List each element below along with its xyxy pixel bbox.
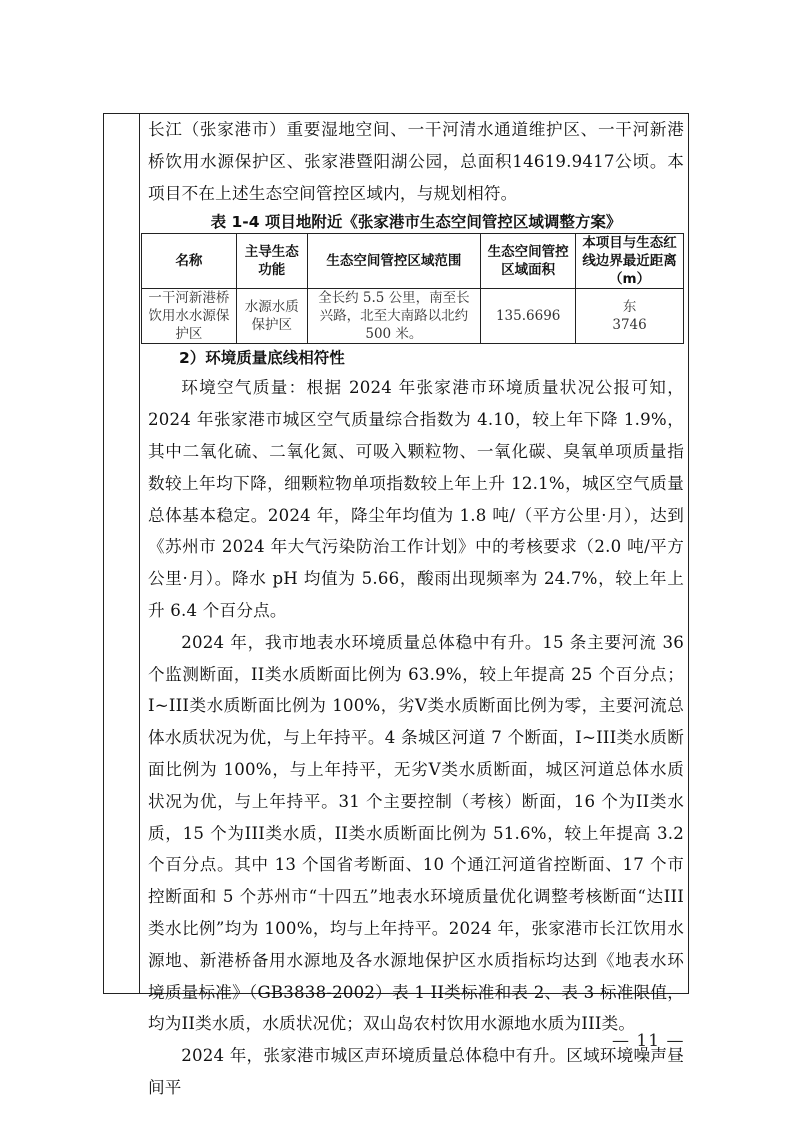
paragraph-air-quality: 环境空气质量：根据 2024 年张家港市环境质量状况公报可知，2024 年张家港… — [148, 372, 684, 626]
header-scope: 生态空间管控区域范围 — [307, 234, 481, 289]
intro-paragraph: 长江（张家港市）重要湿地空间、一干河清水通道维护区、一干河新港桥饮用水源保护区、… — [148, 114, 684, 209]
content-column: 长江（张家港市）重要湿地空间、一干河清水通道维护区、一干河新港桥饮用水源保护区、… — [148, 114, 684, 1104]
paragraph-surface-water: 2024 年，我市地表水环境质量总体稳中有升。15 条主要河流 36 个监测断面… — [148, 627, 684, 1040]
left-margin-column — [104, 114, 140, 993]
header-name: 名称 — [142, 234, 237, 289]
table-header-row: 名称 主导生态功能 生态空间管控区域范围 生态空间管控区域面积 本项目与生态红线… — [142, 234, 684, 289]
cell-function: 水源水质保护区 — [236, 289, 307, 344]
paragraph-acoustic: 2024 年，张家港市城区声环境质量总体稳中有升。区域环境噪声昼间平 — [148, 1040, 684, 1104]
cell-scope: 全长约 5.5 公里，南至长兴路，北至大南路以北约 500 米。 — [307, 289, 481, 344]
cell-name: 一干河新港桥饮用水水源保护区 — [142, 289, 237, 344]
cell-distance: 东 3746 — [576, 289, 684, 344]
eco-control-table: 名称 主导生态功能 生态空间管控区域范围 生态空间管控区域面积 本项目与生态红线… — [141, 233, 684, 344]
header-distance: 本项目与生态红线边界最近距离（m） — [576, 234, 684, 289]
table-row: 一干河新港桥饮用水水源保护区 水源水质保护区 全长约 5.5 公里，南至长兴路，… — [142, 289, 684, 344]
header-function: 主导生态功能 — [236, 234, 307, 289]
table-caption: 表 1-4 项目地附近《张家港市生态空间管控区域调整方案》 — [148, 211, 684, 233]
page-frame: 长江（张家港市）重要湿地空间、一干河清水通道维护区、一干河新港桥饮用水源保护区、… — [103, 113, 689, 994]
section-heading: 2）环境质量底线相符性 — [148, 344, 684, 372]
cell-area: 135.6696 — [481, 289, 576, 344]
distance-direction: 东 — [580, 298, 679, 316]
distance-value: 3746 — [580, 316, 679, 334]
page-number: — 11 — — [612, 1031, 684, 1051]
header-area: 生态空间管控区域面积 — [481, 234, 576, 289]
